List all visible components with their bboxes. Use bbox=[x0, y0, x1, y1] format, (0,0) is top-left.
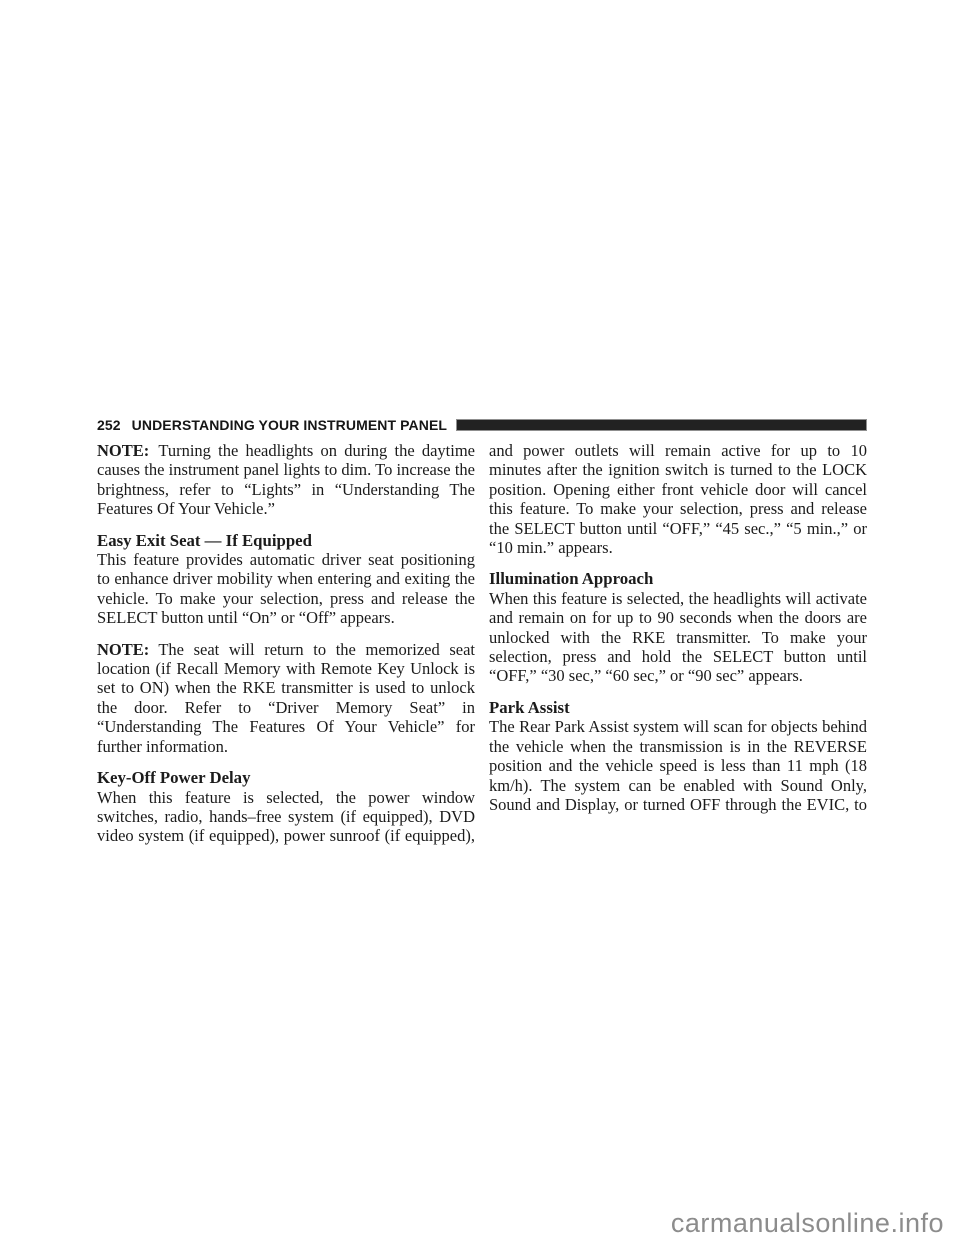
left-column: NOTE:Turning the headlights on during th… bbox=[97, 441, 475, 858]
note-paragraph: NOTE:Turning the headlights on during th… bbox=[97, 441, 475, 519]
page-content: 252 UNDERSTANDING YOUR INSTRUMENT PANEL … bbox=[97, 417, 867, 858]
running-header: 252 UNDERSTANDING YOUR INSTRUMENT PANEL bbox=[97, 417, 867, 433]
page-number: 252 bbox=[97, 417, 121, 433]
note-label: NOTE: bbox=[97, 441, 149, 460]
note-label: NOTE: bbox=[97, 640, 149, 659]
watermark-text: carmanualsonline.info bbox=[671, 1208, 944, 1239]
body-paragraph: and power outlets will remain active for… bbox=[489, 441, 867, 557]
body-paragraph: When this feature is selected, the power… bbox=[97, 788, 475, 846]
note-paragraph: NOTE:The seat will return to the memoriz… bbox=[97, 640, 475, 756]
heading-key-off-power-delay: Key-Off Power Delay bbox=[97, 768, 475, 787]
heading-illumination-approach: Illumination Approach bbox=[489, 569, 867, 588]
note-text: The seat will return to the memorized se… bbox=[97, 640, 475, 756]
body-paragraph: When this feature is selected, the headl… bbox=[489, 589, 867, 686]
body-paragraph: This feature provides automatic driver s… bbox=[97, 550, 475, 628]
heading-park-assist: Park Assist bbox=[489, 698, 867, 717]
note-text: Turning the headlights on during the day… bbox=[97, 441, 475, 518]
heading-easy-exit-seat: Easy Exit Seat — If Equipped bbox=[97, 531, 475, 550]
body-paragraph: The Rear Park Assist system will scan fo… bbox=[489, 717, 867, 814]
header-rule-bar bbox=[456, 419, 867, 431]
manual-page: 252 UNDERSTANDING YOUR INSTRUMENT PANEL … bbox=[0, 0, 960, 1242]
two-column-body: NOTE:Turning the headlights on during th… bbox=[97, 441, 867, 858]
section-title: UNDERSTANDING YOUR INSTRUMENT PANEL bbox=[132, 417, 447, 433]
right-column: and power outlets will remain active for… bbox=[489, 441, 867, 858]
